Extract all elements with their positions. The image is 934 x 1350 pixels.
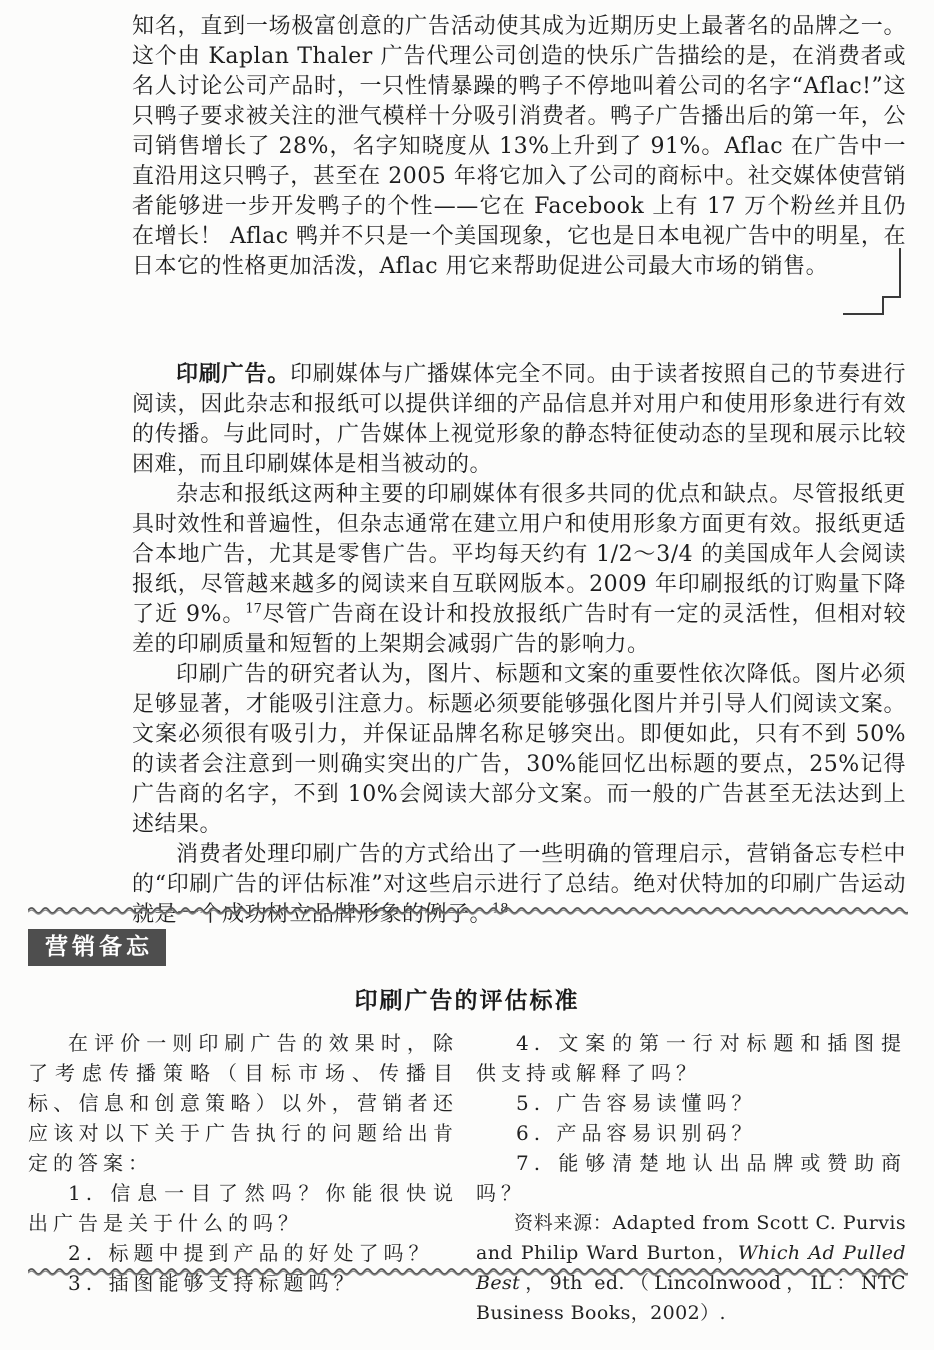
paragraph-research: 印刷广告的研究者认为，图片、标题和文案的重要性依次降低。图片必须足够显著，才能吸…	[132, 660, 906, 840]
paragraph-print-ads: 印刷广告。印刷媒体与广播媒体完全不同。由于读者按照自己的节奏进行阅读，因此杂志和…	[132, 360, 906, 480]
memo-item-1: 1. 信息一目了然吗？你能很快说出广告是关于什么的吗？	[28, 1178, 458, 1238]
wavy-line-graphic	[28, 904, 908, 917]
book-page: 知名，直到一场极富创意的广告活动使其成为近期历史上最著名的品牌之一。这个由 Ka…	[0, 0, 934, 1350]
paragraph-magazines-newspapers: 杂志和报纸这两种主要的印刷媒体有很多共同的优点和缺点。尽管报纸更具时效性和普遍性…	[132, 480, 906, 660]
wavy-line-graphic	[28, 1265, 908, 1278]
footnote-ref-17: 17	[245, 602, 262, 617]
memo-column-left: 在评价一则印刷广告的效果时，除了考虑传播策略（目标市场、传播目标、信息和创意策略…	[28, 1028, 458, 1328]
section-gap	[132, 282, 906, 360]
paragraph-bold-lead: 印刷广告。	[176, 362, 290, 387]
paragraph-aflac-continuation: 知名，直到一场极富创意的广告活动使其成为近期历史上最著名的品牌之一。这个由 Ka…	[132, 12, 906, 282]
memo-item-4: 4. 文案的第一行对标题和插图提供支持或解释了吗？	[476, 1028, 906, 1088]
marketing-memo-badge: 营销备忘	[28, 929, 166, 966]
wavy-divider-bottom	[28, 1264, 908, 1278]
memo-source-text-2: ，9th ed.（Lincolnwood，IL：NTC Business Boo…	[476, 1272, 906, 1324]
memo-item-5: 5. 广告容易读懂吗？	[476, 1088, 906, 1118]
main-text-column: 知名，直到一场极富创意的广告活动使其成为近期历史上最著名的品牌之一。这个由 Ka…	[132, 12, 906, 930]
memo-item-6: 6. 产品容易识别码？	[476, 1118, 906, 1148]
memo-title: 印刷广告的评估标准	[28, 982, 906, 1015]
memo-intro: 在评价一则印刷广告的效果时，除了考虑传播策略（目标市场、传播目标、信息和创意策略…	[28, 1028, 458, 1178]
memo-column-right: 4. 文案的第一行对标题和插图提供支持或解释了吗？ 5. 广告容易读懂吗？ 6.…	[476, 1028, 906, 1328]
memo-columns: 在评价一则印刷广告的效果时，除了考虑传播策略（目标市场、传播目标、信息和创意策略…	[28, 1028, 906, 1328]
memo-item-7: 7. 能够清楚地认出品牌或赞助商吗？	[476, 1148, 906, 1208]
wavy-divider-top	[28, 903, 908, 917]
memo-source-label: 资料来源：	[514, 1212, 613, 1234]
